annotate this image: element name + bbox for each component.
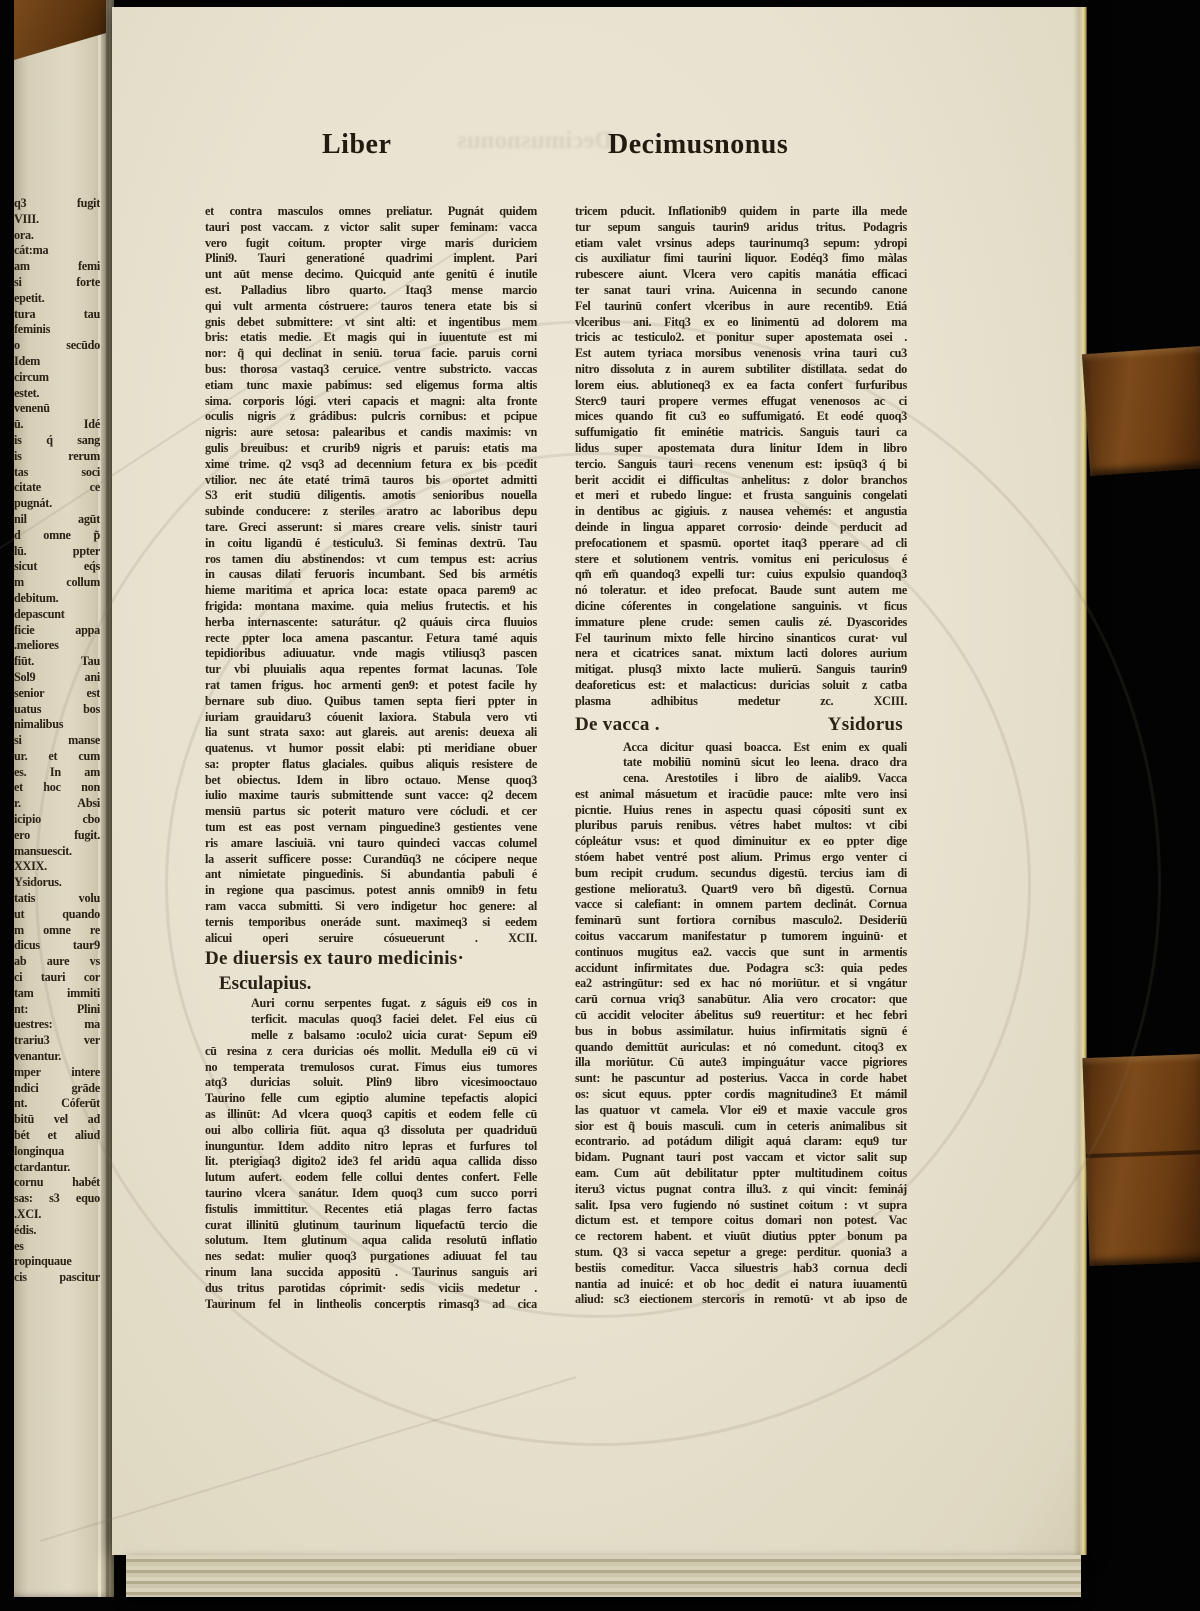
right-column-paragraph-1: tricem pducit. Inflationib9 quidem in pa…: [575, 204, 907, 710]
text-line: tur sepum sanguis taurin9 aridus tritus.…: [575, 220, 907, 236]
text-line: sima. corporis lógi. vteri capacis et ma…: [205, 394, 537, 410]
text-line: nera et cicatrices sanat. mixtum lacti d…: [575, 646, 907, 662]
text-line: ros tamen diu abstinendos: vt cum tempus…: [205, 552, 537, 568]
text-line: frigida: montana maxime. quia melius fru…: [205, 599, 537, 615]
text-line: plasma adhibitus medetur zc. XCIII.: [575, 694, 907, 710]
text-line: carū cornua vriq3 sanabūtur. Alia vero c…: [575, 992, 907, 1008]
text-line: dicus taur9: [14, 938, 100, 954]
text-line: lū. ppter: [14, 544, 100, 560]
text-line: cis pascitur: [14, 1270, 100, 1286]
text-line: accidunt infirmitates due. Podagra sc3: …: [575, 961, 907, 977]
text-line: feminis: [14, 322, 100, 338]
text-line: Taurinum fel in lintheolis concerptis ri…: [205, 1297, 537, 1313]
running-title-left: Liber: [322, 129, 391, 161]
text-line: tricem pducit. Inflationib9 quidem in pa…: [575, 204, 907, 220]
text-line: hieme maritima et aprica loca: estate op…: [205, 583, 537, 599]
text-line: mansuescit.: [14, 844, 100, 860]
text-line: longinqua: [14, 1144, 100, 1160]
text-line: as illinūt: Ad vlcera quoq3 capitis et e…: [205, 1107, 537, 1123]
text-line: mitigat. plusq3 mixto lacte mulierū. San…: [575, 662, 907, 678]
text-line: dus tritus parotidas cóprimit· sedis vic…: [205, 1281, 537, 1297]
text-line: ut quando: [14, 907, 100, 923]
text-line: oculis nigris z grádibus: pulcris cornib…: [205, 409, 537, 425]
text-line: bum recipit crudum. secundus digestū. te…: [575, 866, 907, 882]
leather-strap-bottom: [1082, 1054, 1200, 1266]
text-line: in coitu ligandū é testiculu3. Si femina…: [205, 536, 537, 552]
text-line: unt aūt mense decimo. Quicquid ante geni…: [205, 267, 537, 283]
text-line: lidus super apostemata dura linitur Idem…: [575, 441, 907, 457]
text-line: vlceribus ani. Fitq3 ex eo linimentū ad …: [575, 315, 907, 331]
text-line: ci tauri cor: [14, 970, 100, 986]
text-line: bestiis comeditur. Vacca siluestris hab3…: [575, 1261, 907, 1277]
text-line: terficit. maculas quoq3 faciei delet. Fe…: [205, 1012, 537, 1028]
text-line: Fel taurinū confert vlceribus in aure re…: [575, 299, 907, 315]
text-line: lit. pterigiaq3 digito2 ide3 fel aridū a…: [205, 1154, 537, 1170]
text-line: cis auxiliatur fimi taurini liquor. Eodé…: [575, 251, 907, 267]
text-line: bidam. Pugnant tauri post vaccam et vict…: [575, 1150, 907, 1166]
text-line: si forte: [14, 275, 100, 291]
text-line: m omne re: [14, 923, 100, 939]
text-line: depascunt: [14, 607, 100, 623]
text-line: cornu habét: [14, 1175, 100, 1191]
text-line: sicut eq́s: [14, 559, 100, 575]
text-line: Fel taurinum mixto felle hircino sinanti…: [575, 631, 907, 647]
text-line: VIII.: [14, 212, 100, 228]
text-line: bris: etatis medie. Et magis qui in iuue…: [205, 330, 537, 346]
text-line: rubescere aiunt. Vlcera vero capitis man…: [575, 267, 907, 283]
text-line: vero fugit coitum. propter virge maris d…: [205, 236, 537, 252]
text-line: bus in bobus assimilatur. huius infirmit…: [575, 1024, 907, 1040]
text-line: sior est q̃ bouis masculi. cum in ceteri…: [575, 1119, 907, 1135]
text-line: lorem eius. ablutioneq3 ex ea facta conf…: [575, 378, 907, 394]
leather-strap-top: [1082, 346, 1200, 476]
text-line: S3 erit studiū diligentis. amotis senior…: [205, 488, 537, 504]
text-line: d omne p̃: [14, 528, 100, 544]
text-line: circum: [14, 370, 100, 386]
text-line: vacce si calefiant: in omnem partem decl…: [575, 897, 907, 913]
text-line: tauri post vaccam. z victor salit super …: [205, 220, 537, 236]
text-line: las quatuor vt camela. Vlor ei9 et maxie…: [575, 1103, 907, 1119]
text-line: os: sicut equus. ppter cordis magnitudin…: [575, 1087, 907, 1103]
book-page: Liber Decimusnonus Decimusnonus et contr…: [112, 7, 1087, 1555]
text-line: herba internascente: saturátur. q2 quáui…: [205, 615, 537, 631]
text-line: cát:ma: [14, 243, 100, 259]
text-line: iteru3 victus pugnat contra illu3. z qui…: [575, 1182, 907, 1198]
text-line: subinde conducere: z steriles aratro ac …: [205, 504, 537, 520]
text-line: et meri et rubedo lingue: et frusta sang…: [575, 488, 907, 504]
text-line: melle z balsamo :oculo2 uicia curat· Sep…: [205, 1028, 537, 1044]
text-line: tercio. Sanguis tauri recens venenum est…: [575, 457, 907, 473]
text-line: deinde in lingua apparet corrosio· deind…: [575, 520, 907, 536]
section-heading-de-diuersis: De diuersis ex tauro medicinis·: [205, 946, 537, 971]
text-line: fistulis immittitur. Recentes etiá plaga…: [205, 1202, 537, 1218]
text-line: feminarū sunt fortiora cornibus masculo2…: [575, 913, 907, 929]
showthrough-text: Decimusnonus: [457, 127, 613, 155]
text-line: cena. Arestotiles i libro de aialib9. Va…: [575, 771, 907, 787]
text-line: picntie. Huius renes in aspectu quasi có…: [575, 803, 907, 819]
text-line: cū accidit velociter ábelitus su9 reuert…: [575, 1008, 907, 1024]
text-line: suffumigatio fit eminétie matricis. Sang…: [575, 425, 907, 441]
text-line: trariu3 ver: [14, 1033, 100, 1049]
text-line: immature plene crude: semen caulis zé. D…: [575, 615, 907, 631]
text-line: et contra masculos omnes preliatur. Pugn…: [205, 204, 537, 220]
text-line: cópleátur vsus: et quod diminuitur ex eo…: [575, 834, 907, 850]
left-column-paragraph-1: et contra masculos omnes preliatur. Pugn…: [205, 204, 537, 946]
text-line: bét et aliud: [14, 1128, 100, 1144]
text-line: tura tau: [14, 307, 100, 323]
text-line: est animal másuetum et iracūdie pauce: m…: [575, 787, 907, 803]
text-line: XXIX.: [14, 859, 100, 875]
text-line: ce rectorem habent. et viuūt diutius ppt…: [575, 1229, 907, 1245]
text-line: citate ce: [14, 480, 100, 496]
text-line: no temperata tremulosos curat. Fimus eiu…: [205, 1060, 537, 1076]
text-line: epetit.: [14, 291, 100, 307]
text-column-right: tricem pducit. Inflationib9 quidem in pa…: [575, 204, 907, 1308]
text-line: atq3 duricias soluit. Plin9 libro vicesi…: [205, 1075, 537, 1091]
text-line: berit accidit ei difficultas anhelitus: …: [575, 473, 907, 489]
text-line: is q́ sang: [14, 433, 100, 449]
text-line: inunguntur. Idem addito nitro lepras et …: [205, 1139, 537, 1155]
text-line: tur vbi pluuialis aqua repentes format l…: [205, 662, 537, 678]
text-line: eam. Cum aūt debilitatur ppter multitudi…: [575, 1166, 907, 1182]
text-line: econtrario. ad potádum diligit aquá clar…: [575, 1134, 907, 1150]
text-line: coitus vaccarum manifestatur p tumorem i…: [575, 929, 907, 945]
text-line: etiam tunc maxie pabimus: sed eligemus f…: [205, 378, 537, 394]
photo-background: q3 fugitVIII.ora.cát:maam femisi forteep…: [0, 0, 1200, 1611]
text-line: tricis ac testiculo2. et ponitur super a…: [575, 330, 907, 346]
text-line: salit. Ipsa vero fugiendo nó sustinet co…: [575, 1198, 907, 1214]
text-line: debitum.: [14, 591, 100, 607]
text-line: .meliores: [14, 638, 100, 654]
left-column-paragraph-2: Auri cornu serpentes fugat. z ságuis ei9…: [205, 996, 537, 1312]
text-line: ū. Idé: [14, 417, 100, 433]
text-line: et hoc non: [14, 780, 100, 796]
text-line: solutum. Item glutinum aqua calida resol…: [205, 1233, 537, 1249]
text-line: ram vacca submitti. Si vero indigetur ho…: [205, 899, 537, 915]
text-line: tum est eas post vernam pinguedine3 gest…: [205, 820, 537, 836]
text-line: in dentibus ac gigiuis. z nausea vehemés…: [575, 504, 907, 520]
section-heading-de-vacca-label: De vacca .: [575, 714, 660, 736]
text-line: aliud: sc3 eiectionem stercoris in remot…: [575, 1292, 907, 1308]
text-line: qui vult armenta cóstruere: tauros tener…: [205, 299, 537, 315]
page-block-bottom-edges: [126, 1555, 1081, 1597]
text-line: mensiū partus sic poterit maturo vere có…: [205, 804, 537, 820]
text-line: estet.: [14, 386, 100, 402]
text-line: la asserit sufficere posse: Curandūq3 ne…: [205, 852, 537, 868]
text-line: ero fugit.: [14, 828, 100, 844]
text-line: uestres: ma: [14, 1017, 100, 1033]
text-line: quatenus. vt humor possit elabi: pti mer…: [205, 741, 537, 757]
text-line: mices quando fit cu3 eo suffumigató. Et …: [575, 409, 907, 425]
text-line: bus: thorosa vastaq3 ceruice. ventre sub…: [205, 362, 537, 378]
text-line: alicui operi seruire cósueuerunt . XCII.: [205, 931, 537, 947]
text-line: Acca dicitur quasi boacca. Est enim ex q…: [575, 740, 907, 756]
text-line: Sol9 ani: [14, 670, 100, 686]
text-line: dicine cóferentes in congelatione sangui…: [575, 599, 907, 615]
text-line: quando demittūt auriculas: et nó comedun…: [575, 1040, 907, 1056]
text-line: Ysidorus.: [14, 875, 100, 891]
text-line: tatis volu: [14, 891, 100, 907]
text-line: continuos mugitus ea2. vaccis que sunt i…: [575, 945, 907, 961]
text-line: nes sedat: mulier quoq3 purgationes adiu…: [205, 1249, 537, 1265]
text-line: stum. Q3 si vacca sepetur a grege: perdi…: [575, 1245, 907, 1261]
text-line: ternis temporibus oneráde sunt. maximeq3…: [205, 915, 537, 931]
text-line: taurino vlcera sanátur. Idem quoq3 cum s…: [205, 1186, 537, 1202]
text-line: nó toleratur. et ideo prefocat. Baude su…: [575, 583, 907, 599]
text-line: is rerum: [14, 449, 100, 465]
section-author-esculapius: Esculapius.: [205, 971, 537, 996]
text-line: Auri cornu serpentes fugat. z ságuis ei9…: [205, 996, 537, 1012]
text-line: nil agūt: [14, 512, 100, 528]
text-line: illa moriūtur. Cū aute3 impinguátur vacc…: [575, 1055, 907, 1071]
text-line: lia sunt strata saxo: aut glareis. aut a…: [205, 725, 537, 741]
text-line: qm̃ em̃ quandoq3 expelli tur: cuius expu…: [575, 567, 907, 583]
text-line: ea2 astringūtur: sed ex hac nó moriūtur.…: [575, 976, 907, 992]
text-line: bitū vel ad: [14, 1112, 100, 1128]
text-line: venantur.: [14, 1049, 100, 1065]
text-line: vtilior. nec áte etaté trimā tauros bis …: [205, 473, 537, 489]
text-line: nimalibus: [14, 717, 100, 733]
text-line: senior est: [14, 686, 100, 702]
text-line: gestione melioratu3. Quart9 vero bñ dige…: [575, 882, 907, 898]
text-line: nigris: aure setosa: palearibus et candi…: [205, 425, 537, 441]
text-line: rinum lana succida appositū . Taurinus s…: [205, 1265, 537, 1281]
text-line: prefocationem et spasmū. oportet itaq3 p…: [575, 536, 907, 552]
text-line: curat illinitū glutinum taurinum liquefa…: [205, 1218, 537, 1234]
text-line: icipio cbo: [14, 812, 100, 828]
text-line: édis.: [14, 1223, 100, 1239]
text-line: .XCI.: [14, 1207, 100, 1223]
text-line: nt. Cóferūt: [14, 1096, 100, 1112]
text-line: bernare sub diuo. Quibus tamen septa fie…: [205, 694, 537, 710]
text-line: etiam valet vrsinus adeps taurinumq3 sep…: [575, 236, 907, 252]
text-line: ndici grāde: [14, 1081, 100, 1097]
text-line: m collum: [14, 575, 100, 591]
text-line: tam immiti: [14, 986, 100, 1002]
text-line: xime trime. q2 vsq3 ad decennium fetura …: [205, 457, 537, 473]
text-line: r. Absi: [14, 796, 100, 812]
text-line: rat tamen frigus. hoc armenti gen9: et p…: [205, 678, 537, 694]
text-line: Est autem tyriaca morsibus venenosis vri…: [575, 346, 907, 362]
section-heading-de-vacca: De vacca . Ysidorus: [575, 710, 907, 740]
text-line: lutum aufert. eodem felle collui dentes …: [205, 1170, 537, 1186]
text-line: nt: Plini: [14, 1002, 100, 1018]
text-line: sunt: he pascuntur ad posterius. Vacca i…: [575, 1071, 907, 1087]
text-line: deaforeticus est: et malacticus: duricia…: [575, 678, 907, 694]
text-line: iulio maxime tauris submittende sunt vac…: [205, 788, 537, 804]
section-author-ysidorus: Ysidorus: [828, 714, 903, 736]
text-line: in regione qua pascimus. potest annis om…: [205, 883, 537, 899]
text-line: bet obiectus. Idem in libro octauo. Mens…: [205, 773, 537, 789]
text-line: iuriam grauidaru3 cóuenit laxiora. Stabu…: [205, 710, 537, 726]
right-column-paragraph-2: Acca dicitur quasi boacca. Est enim ex q…: [575, 740, 907, 1309]
text-line: sas: s3 equo: [14, 1191, 100, 1207]
text-line: si manse: [14, 733, 100, 749]
text-line: nitro dissoluta z in aurem subtiliter di…: [575, 362, 907, 378]
text-line: in causas dilati feruoris incumbant. Sed…: [205, 567, 537, 583]
text-line: dictum est. et tempore coitus domari non…: [575, 1213, 907, 1229]
text-line: tare. Greci asserunt: si mares creare ve…: [205, 520, 537, 536]
text-line: ris amare lasciuiā. vni tauro quindeci v…: [205, 836, 537, 852]
text-line: q3 fugit: [14, 196, 100, 212]
text-line: ora.: [14, 228, 100, 244]
text-line: o secūdo: [14, 338, 100, 354]
previous-page-text-fragments: q3 fugitVIII.ora.cát:maam femisi forteep…: [14, 196, 100, 1286]
text-line: stere et solutionem ventris. vomitus eni…: [575, 552, 907, 568]
text-line: es: [14, 1239, 100, 1255]
text-column-left: et contra masculos omnes preliatur. Pugn…: [205, 204, 537, 1312]
text-line: Sterc9 tauri propere vermes effugat vene…: [575, 394, 907, 410]
text-line: ropinquaue: [14, 1254, 100, 1270]
text-line: uatus bos: [14, 702, 100, 718]
text-line: recte ppter loca amena pascantur. Fetura…: [205, 631, 537, 647]
text-line: am femi: [14, 259, 100, 275]
text-line: tas soci: [14, 465, 100, 481]
underlying-page-strip: q3 fugitVIII.ora.cát:maam femisi forteep…: [14, 0, 114, 1597]
text-line: Idem: [14, 354, 100, 370]
text-line: oui albo colliria fiūt. aqua q3 dissolut…: [205, 1123, 537, 1139]
text-line: Plini9. Tauri generationé quadrimi imple…: [205, 251, 537, 267]
binding-leather-corner: [14, 0, 106, 60]
text-line: est. Palladius libro quarto. Itaq3 mense…: [205, 283, 537, 299]
text-line: fiūt. Tau: [14, 654, 100, 670]
text-line: mper intere: [14, 1065, 100, 1081]
text-line: pluribus paruis renibus. vétres habet mu…: [575, 818, 907, 834]
text-line: tate mobiliū nominū sicut leo leena. dra…: [575, 755, 907, 771]
text-line: es. In am: [14, 765, 100, 781]
text-line: cū resina z cera duricias oés mollit. Me…: [205, 1044, 537, 1060]
text-line: nantia ad inuicé: et ob hoc dedit ei nat…: [575, 1277, 907, 1293]
text-line: ter sanat tauri vrina. Auicenna in secun…: [575, 283, 907, 299]
text-line: gulis breuibus: et crurib9 nigris et par…: [205, 441, 537, 457]
text-line: Taurino felle cum egiptio alumine tepefa…: [205, 1091, 537, 1107]
running-title-right: Decimusnonus: [608, 129, 788, 161]
text-line: tepidioribus adiuuatur. vnde magis vtili…: [205, 646, 537, 662]
text-line: ab aure vs: [14, 954, 100, 970]
text-line: stóem habet ventré post alium. Primus er…: [575, 850, 907, 866]
text-line: ficie appa: [14, 623, 100, 639]
text-line: ur. et cum: [14, 749, 100, 765]
text-line: ctardantur.: [14, 1160, 100, 1176]
text-line: sa: propter flatus glaciales. quibus ali…: [205, 757, 537, 773]
text-line: pugnát.: [14, 496, 100, 512]
text-line: gnis debet submittere: vt sint alti: et …: [205, 315, 537, 331]
text-line: nor: q̃ qui declinat in seniū. torua fac…: [205, 346, 537, 362]
page-edge-shadow: [106, 0, 109, 1597]
text-line: venenū: [14, 401, 100, 417]
text-line: ant nimietate pinguedinis. Si abundantia…: [205, 867, 537, 883]
